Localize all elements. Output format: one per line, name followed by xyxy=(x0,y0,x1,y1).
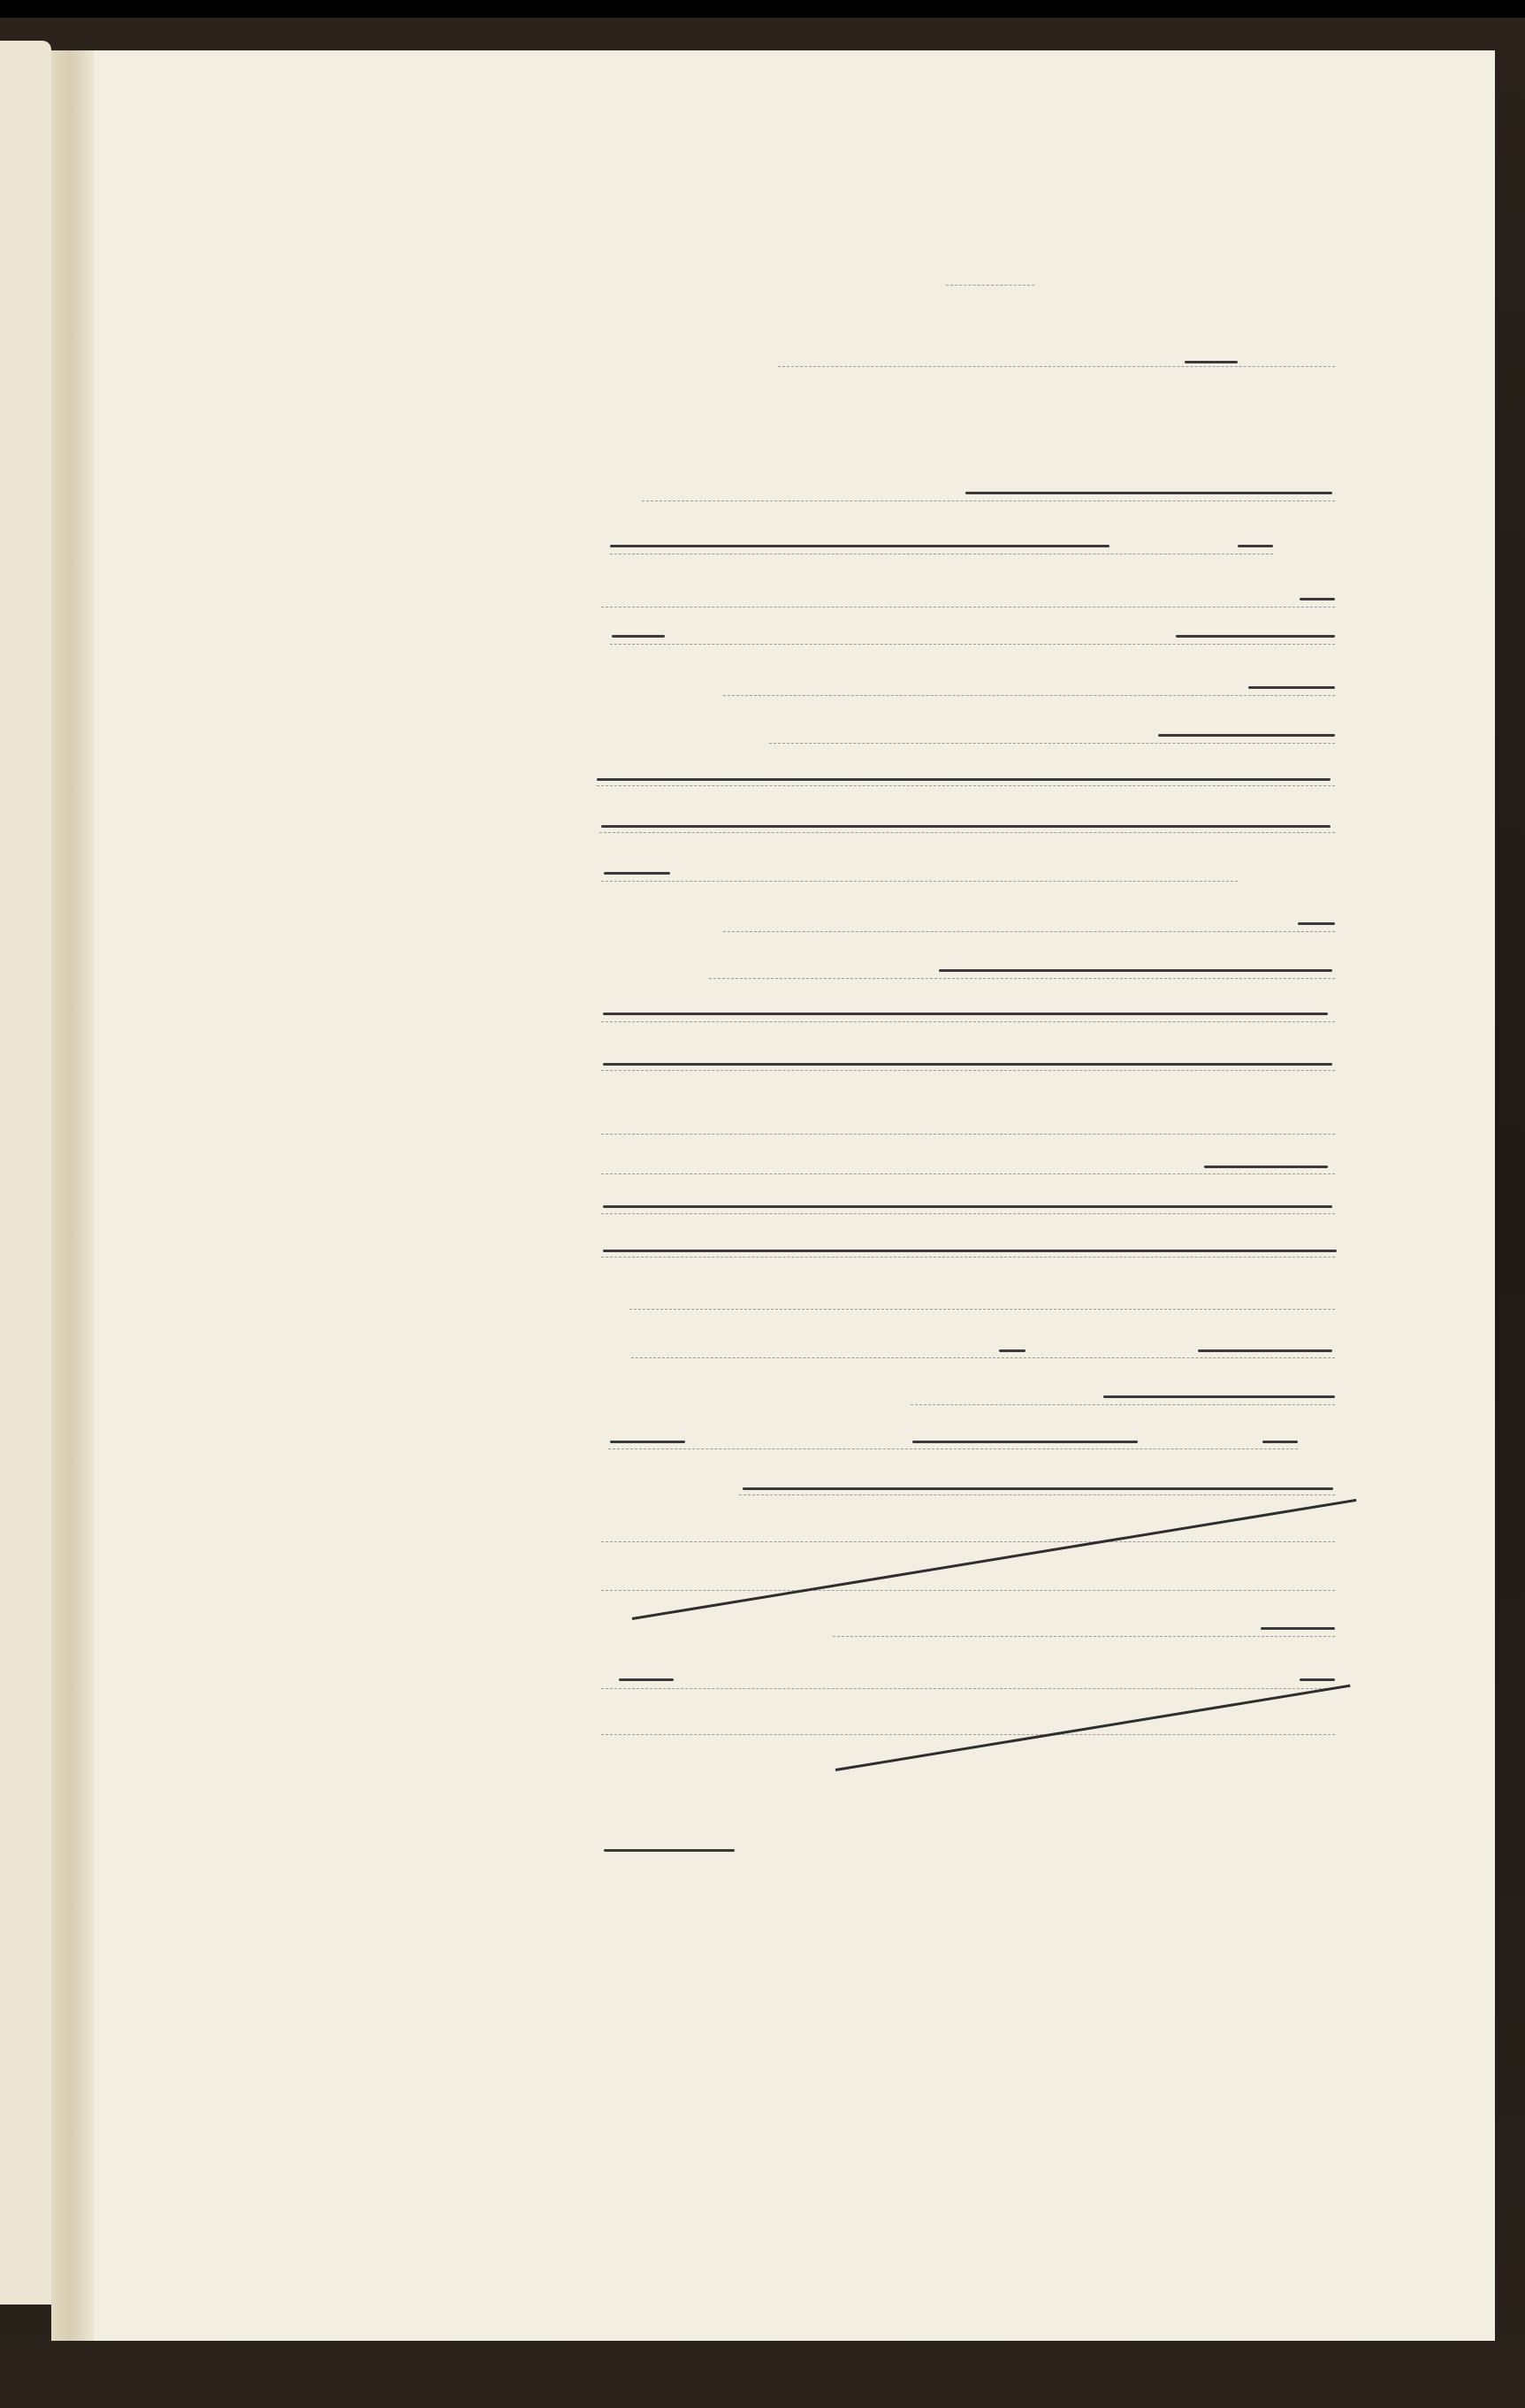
line-rule xyxy=(833,1636,1335,1637)
line-rule xyxy=(723,931,1335,932)
fill-dash xyxy=(1204,1166,1328,1168)
fill-dash xyxy=(1248,686,1335,689)
fill-dash xyxy=(603,1063,1332,1066)
line-rule xyxy=(601,1021,1335,1022)
line-rule xyxy=(597,785,1335,786)
fill-dash xyxy=(604,1849,735,1852)
fill-dash xyxy=(597,778,1331,781)
line-rule xyxy=(601,1173,1335,1174)
fill-dash xyxy=(965,492,1332,494)
fill-dash xyxy=(612,635,665,638)
line-rule xyxy=(739,1494,1335,1495)
line-rule xyxy=(601,607,1335,608)
register-page xyxy=(51,50,1495,2341)
fill-dash xyxy=(912,1441,1138,1443)
fill-dash xyxy=(1298,922,1335,925)
line-rule xyxy=(601,1688,1335,1689)
fill-dash xyxy=(603,1205,1332,1208)
line-rule xyxy=(911,1404,1335,1405)
fill-dash xyxy=(610,1441,685,1443)
line-rule xyxy=(769,743,1335,744)
line-rule xyxy=(723,695,1335,696)
facing-page-edge xyxy=(0,41,51,2305)
line-rule xyxy=(601,1070,1335,1071)
fill-dash xyxy=(939,969,1332,972)
book-gutter xyxy=(51,50,94,2341)
line-rule xyxy=(610,554,1273,554)
fill-dash xyxy=(619,1678,674,1681)
fill-dash xyxy=(1261,1627,1335,1630)
fill-dash xyxy=(1158,734,1335,737)
date-dash xyxy=(1185,361,1238,363)
fill-dash xyxy=(1176,635,1335,638)
line-rule xyxy=(610,644,1335,645)
line-rule xyxy=(601,1734,1335,1735)
fill-dash xyxy=(1300,1678,1335,1681)
line-rule xyxy=(601,1541,1335,1542)
line-rule xyxy=(629,1309,1335,1310)
line-rule xyxy=(631,1357,1335,1358)
line-rule xyxy=(601,881,1238,882)
number-underline xyxy=(946,285,1034,286)
line-rule xyxy=(642,501,1335,501)
line-rule xyxy=(601,1257,1335,1258)
fill-dash xyxy=(610,545,1109,547)
fill-dash xyxy=(743,1487,1333,1490)
line-rule xyxy=(608,1449,1298,1449)
line-rule xyxy=(709,978,1335,979)
line-rule xyxy=(601,1134,1335,1135)
fill-dash xyxy=(999,1349,1026,1352)
fill-dash xyxy=(1238,545,1273,547)
fill-dash xyxy=(1103,1395,1335,1398)
fill-dash xyxy=(1300,598,1335,600)
line-rule xyxy=(599,832,1335,833)
fill-dash xyxy=(1262,1441,1298,1443)
date-underline xyxy=(778,366,1335,367)
window-title-bar xyxy=(0,0,1525,18)
fill-dash xyxy=(603,1250,1337,1252)
fill-dash xyxy=(601,825,1331,828)
fill-dash xyxy=(604,872,670,875)
line-rule xyxy=(601,1590,1335,1591)
line-rule xyxy=(601,1213,1335,1214)
fill-dash xyxy=(603,1013,1328,1015)
fill-dash xyxy=(1198,1349,1332,1352)
